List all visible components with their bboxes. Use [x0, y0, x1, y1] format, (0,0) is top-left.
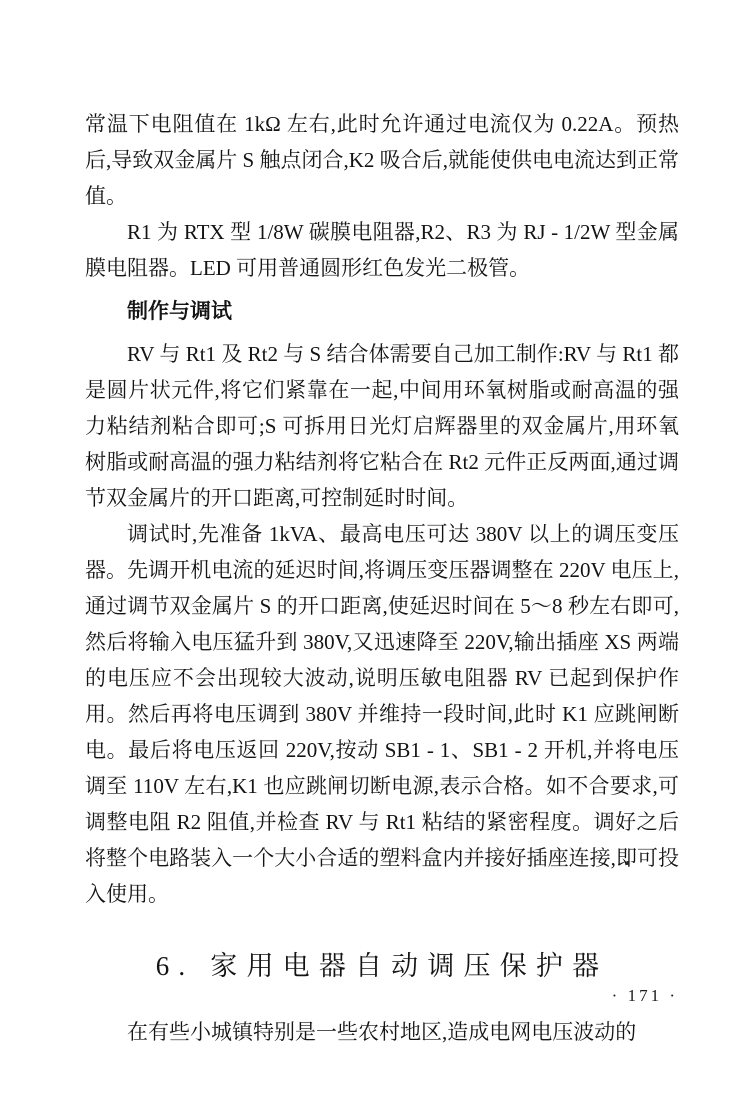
- scan-artifact-dot: [626, 861, 629, 865]
- book-page: 常温下电阻值在 1kΩ 左右,此时允许通过电流仅为 0.22A。预热后,导致双金…: [0, 0, 754, 1120]
- paragraph-fabrication: RV 与 Rt1 及 Rt2 与 S 结合体需要自己加工制作:RV 与 Rt1 …: [85, 336, 679, 516]
- paragraph-components: R1 为 RTX 型 1/8W 碳膜电阻器,R2、R3 为 RJ - 1/2W …: [85, 214, 679, 286]
- page-number: · 171 ·: [612, 986, 678, 1006]
- page-content: 常温下电阻值在 1kΩ 左右,此时允许通过电流仅为 0.22A。预热后,导致双金…: [85, 106, 679, 1050]
- paragraph-continuation: 常温下电阻值在 1kΩ 左右,此时允许通过电流仅为 0.22A。预热后,导致双金…: [85, 106, 679, 214]
- paragraph-testing: 调试时,先准备 1kVA、最高电压可达 380V 以上的调压变压器。先调开机电流…: [85, 516, 679, 912]
- paragraph-next-section: 在有些小城镇特别是一些农村地区,造成电网电压波动的: [85, 1014, 679, 1050]
- section-title-auto-voltage-protector: 6. 家用电器自动调压保护器: [85, 944, 679, 988]
- subheading-making-and-testing: 制作与调试: [85, 293, 679, 329]
